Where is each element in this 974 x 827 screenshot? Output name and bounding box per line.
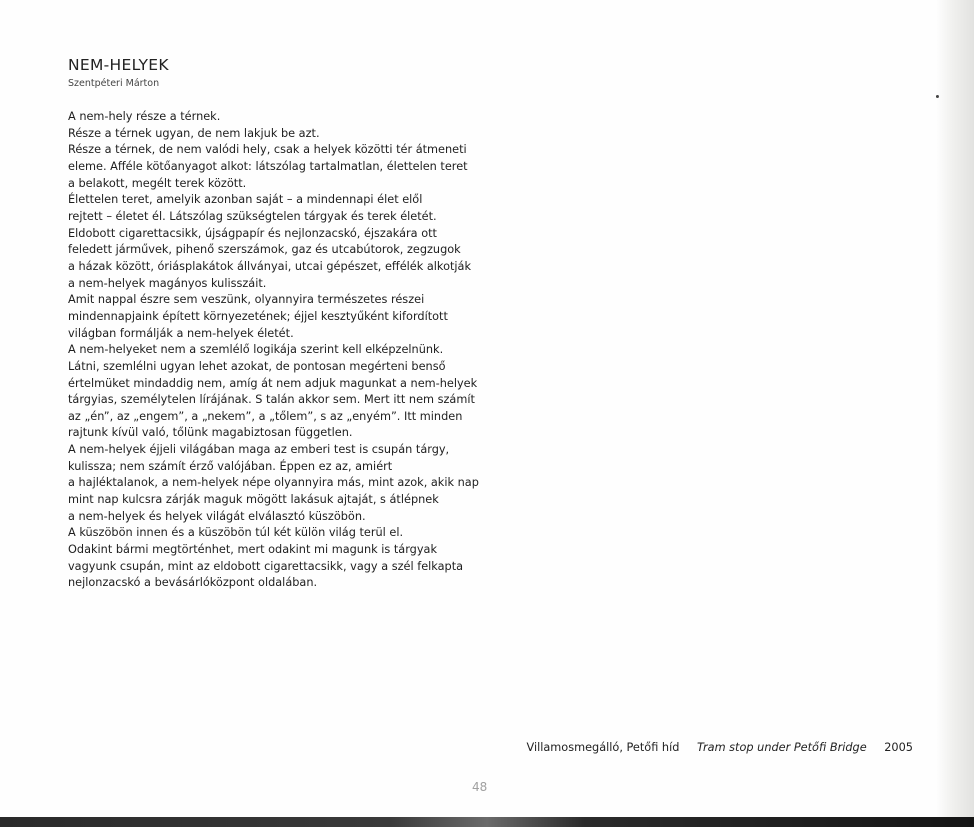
text-line: Amit nappal észre sem veszünk, olyannyir… (68, 292, 488, 309)
text-line: világban formálják a nem-helyek életét. (68, 326, 488, 343)
text-line: a házak között, óriásplakátok állványai,… (68, 259, 488, 276)
text-line: A nem-helyek éjjeli világában maga az em… (68, 442, 488, 459)
text-line: a hajléktalanok, a nem-helyek népe olyan… (68, 475, 488, 492)
essay-body: A nem-hely része a térnek.Része a térnek… (68, 109, 488, 592)
text-line: mint nap kulcsra zárják maguk mögött lak… (68, 492, 488, 509)
text-line: Része a térnek, de nem valódi hely, csak… (68, 142, 488, 159)
photo-caption: Villamosmegálló, Petőfi híd Tram stop un… (526, 741, 913, 754)
book-page: NEM-HELYEK Szentpéteri Márton A nem-hely… (0, 0, 974, 818)
text-line: mindennapjaink épített környezetének; éj… (68, 309, 488, 326)
text-line: rajtunk kívül való, tőlünk magabiztosan … (68, 425, 488, 442)
text-line: a belakott, megélt terek között. (68, 176, 488, 193)
text-line: Látni, szemlélni ugyan lehet azokat, de … (68, 359, 488, 376)
text-line: a nem-helyek magányos kulisszáit. (68, 276, 488, 293)
text-line: kulissza; nem számít érző valójában. Épp… (68, 459, 488, 476)
text-line: Odakint bármi megtörténhet, mert odakint… (68, 542, 488, 559)
text-line: értelmüket mindaddig nem, amíg át nem ad… (68, 376, 488, 393)
caption-hungarian-title: Villamosmegálló, Petőfi híd (526, 741, 679, 754)
page-number: 48 (472, 780, 487, 794)
text-line: Eldobott cigarettacsikk, újságpapír és n… (68, 226, 488, 243)
text-line: rejtett – életet él. Látszólag szükségte… (68, 209, 488, 226)
page-gutter-shadow (936, 0, 974, 818)
caption-year: 2005 (884, 741, 913, 754)
text-line: A nem-helyeket nem a szemlélő logikája s… (68, 342, 488, 359)
text-line: eleme. Afféle kötőanyagot alkot: látszól… (68, 159, 488, 176)
text-line: vagyunk csupán, mint az eldobott cigaret… (68, 559, 488, 576)
book-bottom-edge (0, 817, 974, 827)
text-line: feledett járművek, pihenő szerszámok, ga… (68, 242, 488, 259)
essay-title: NEM-HELYEK (68, 56, 169, 74)
text-line: Élettelen teret, amelyik azonban saját –… (68, 192, 488, 209)
essay-author: Szentpéteri Márton (68, 78, 159, 89)
caption-english-title: Tram stop under Petőfi Bridge (697, 741, 867, 754)
text-line: A nem-hely része a térnek. (68, 109, 488, 126)
text-line: Része a térnek ugyan, de nem lakjuk be a… (68, 126, 488, 143)
text-line: A küszöbön innen és a küszöbön túl két k… (68, 525, 488, 542)
text-line: az „én”, az „engem”, a „nekem”, a „tőlem… (68, 409, 488, 426)
text-line: a nem-helyek és helyek világát elválaszt… (68, 509, 488, 526)
text-line: nejlonzacskó a bevásárlóközpont oldalába… (68, 575, 488, 592)
text-line: tárgyias, személytelen lírájának. S talá… (68, 392, 488, 409)
